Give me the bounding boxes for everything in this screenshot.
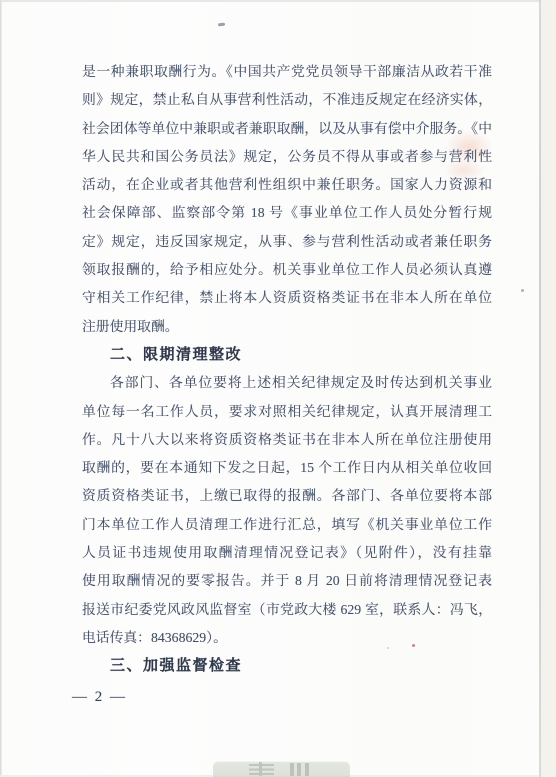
- scan-edge-left: [0, 0, 2, 777]
- scan-edge-top: [0, 0, 556, 2]
- scan-margin-right: [541, 0, 556, 777]
- watermark-block-icon: [290, 763, 313, 776]
- body-text-line: 使用取酬情况的要零报告。并于 8 月 20 日前将清理情况登记表: [82, 567, 492, 595]
- body-text-line: 报送市纪委党风政风监督室（市党政大楼 629 室，联系人：冯飞，: [82, 596, 492, 624]
- body-text-line: 单位每一名工作人员，要求对照相关纪律规定，认真开展清理工: [82, 398, 492, 426]
- body-text-line: 取酬的，要在本通知下发之日起，15 个工作日内从相关单位收回: [82, 454, 492, 482]
- page-number: — 2 —: [72, 689, 127, 706]
- body-text-line: 社会团体等单位中兼职或者兼职取酬，以及从事有偿中介服务。《中: [82, 115, 492, 143]
- body-text-line: 作。凡十八大以来将资质资格类证书在非本人所在单位注册使用: [82, 426, 492, 454]
- scan-speck: [218, 23, 225, 26]
- underlying-sheet-strip: [213, 761, 350, 777]
- scanned-document-page: 是一种兼职取酬行为。《中国共产党党员领导干部廉洁从政若干准则》规定，禁止私自从事…: [0, 0, 556, 777]
- body-text-line: 门本单位工作人员清理工作进行汇总，填写《机关事业单位工作: [82, 511, 492, 539]
- body-text-line: 是一种兼职取酬行为。《中国共产党党员领导干部廉洁从政若干准: [82, 58, 492, 86]
- body-text-line: 人员证书违规使用取酬清理情况登记表》（见附件），没有挂靠: [82, 539, 492, 567]
- watermark-emblem-icon: [249, 764, 274, 776]
- section-heading: 三、加强监督检查: [82, 652, 492, 680]
- body-text-line: 定》规定，违反国家规定，从事、参与营利性活动或者兼任职务: [82, 228, 492, 256]
- body-text-line: 守相关工作纪律，禁止将本人资质资格类证书在非本人所在单位: [82, 284, 492, 312]
- body-text-line: 领取报酬的，给予相应处分。机关事业单位工作人员必须认真遵: [82, 256, 492, 284]
- body-text-line: 电话传真：84368629）。: [82, 624, 492, 652]
- document-body: 是一种兼职取酬行为。《中国共产党党员领导干部廉洁从政若干准则》规定，禁止私自从事…: [82, 58, 492, 681]
- body-text-line: 资质资格类证书，上缴已取得的报酬。各部门、各单位要将本部: [82, 482, 492, 510]
- body-text-line: 则》规定，禁止私自从事营利性活动，不准违反规定在经济实体，: [82, 86, 492, 114]
- body-text-line: 活动，在企业或者其他营利性组织中兼任职务。国家人力资源和: [82, 171, 492, 199]
- section-heading: 二、限期清理整改: [82, 341, 492, 369]
- scan-speck: [521, 289, 524, 292]
- body-text-line: 注册使用取酬。: [82, 313, 492, 341]
- page-edge-line: [539, 0, 541, 777]
- body-text-line: 各部门、各单位要将上述相关纪律规定及时传达到机关事业: [82, 369, 492, 397]
- body-text-line: 社会保障部、监察部令第 18 号《事业单位工作人员处分暂行规: [82, 199, 492, 227]
- body-text-line: 华人民共和国公务员法》规定，公务员不得从事或者参与营利性: [82, 143, 492, 171]
